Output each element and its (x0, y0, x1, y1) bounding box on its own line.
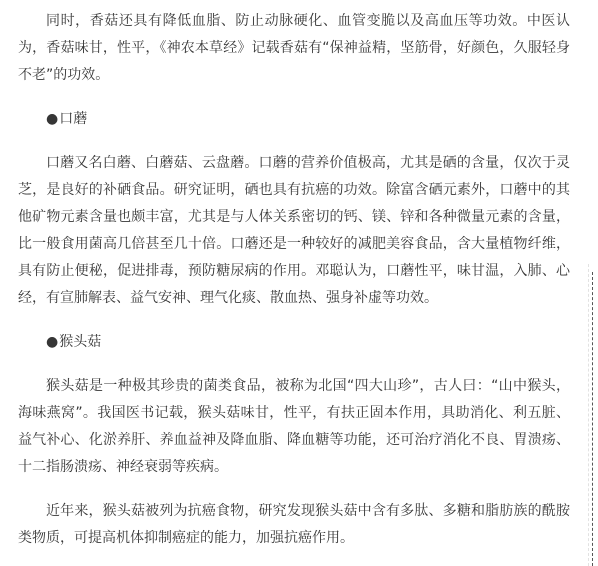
paragraph-houtougu-description: 猴头菇是一种极其珍贵的菌类食品，被称为北国“四大山珍”，古人曰：“山中猴头，海味… (18, 373, 570, 481)
section-heading-koumo: ●口蘑 (18, 106, 570, 133)
section-heading-houtougu: ●猴头菇 (18, 329, 570, 356)
article-page: 同时，香菇还具有降低血脂、防止动脉硬化、血管变脆以及高血压等功效。中医认为，香菇… (0, 0, 598, 566)
bullet-icon: ● (46, 111, 58, 127)
section-title-koumo: 口蘑 (59, 111, 87, 127)
section-title-houtougu: 猴头菇 (59, 334, 101, 350)
paragraph-koumo-description: 口蘑又名白蘑、白蘑菇、云盘蘑。口蘑的营养价值极高，尤其是硒的含量，仅次于灵芝，是… (18, 150, 570, 312)
paragraph-houtougu-anticancer: 近年来，猴头菇被列为抗癌食物，研究发现猴头菇中含有多肽、多糖和脂肪族的酰胺类物质… (18, 498, 570, 552)
bullet-icon: ● (46, 334, 58, 350)
dashed-border-faint (588, 264, 589, 566)
paragraph-xianggu-benefits: 同时，香菇还具有降低血脂、防止动脉硬化、血管变脆以及高血压等功效。中医认为，香菇… (18, 8, 570, 89)
dashed-border (592, 272, 593, 566)
